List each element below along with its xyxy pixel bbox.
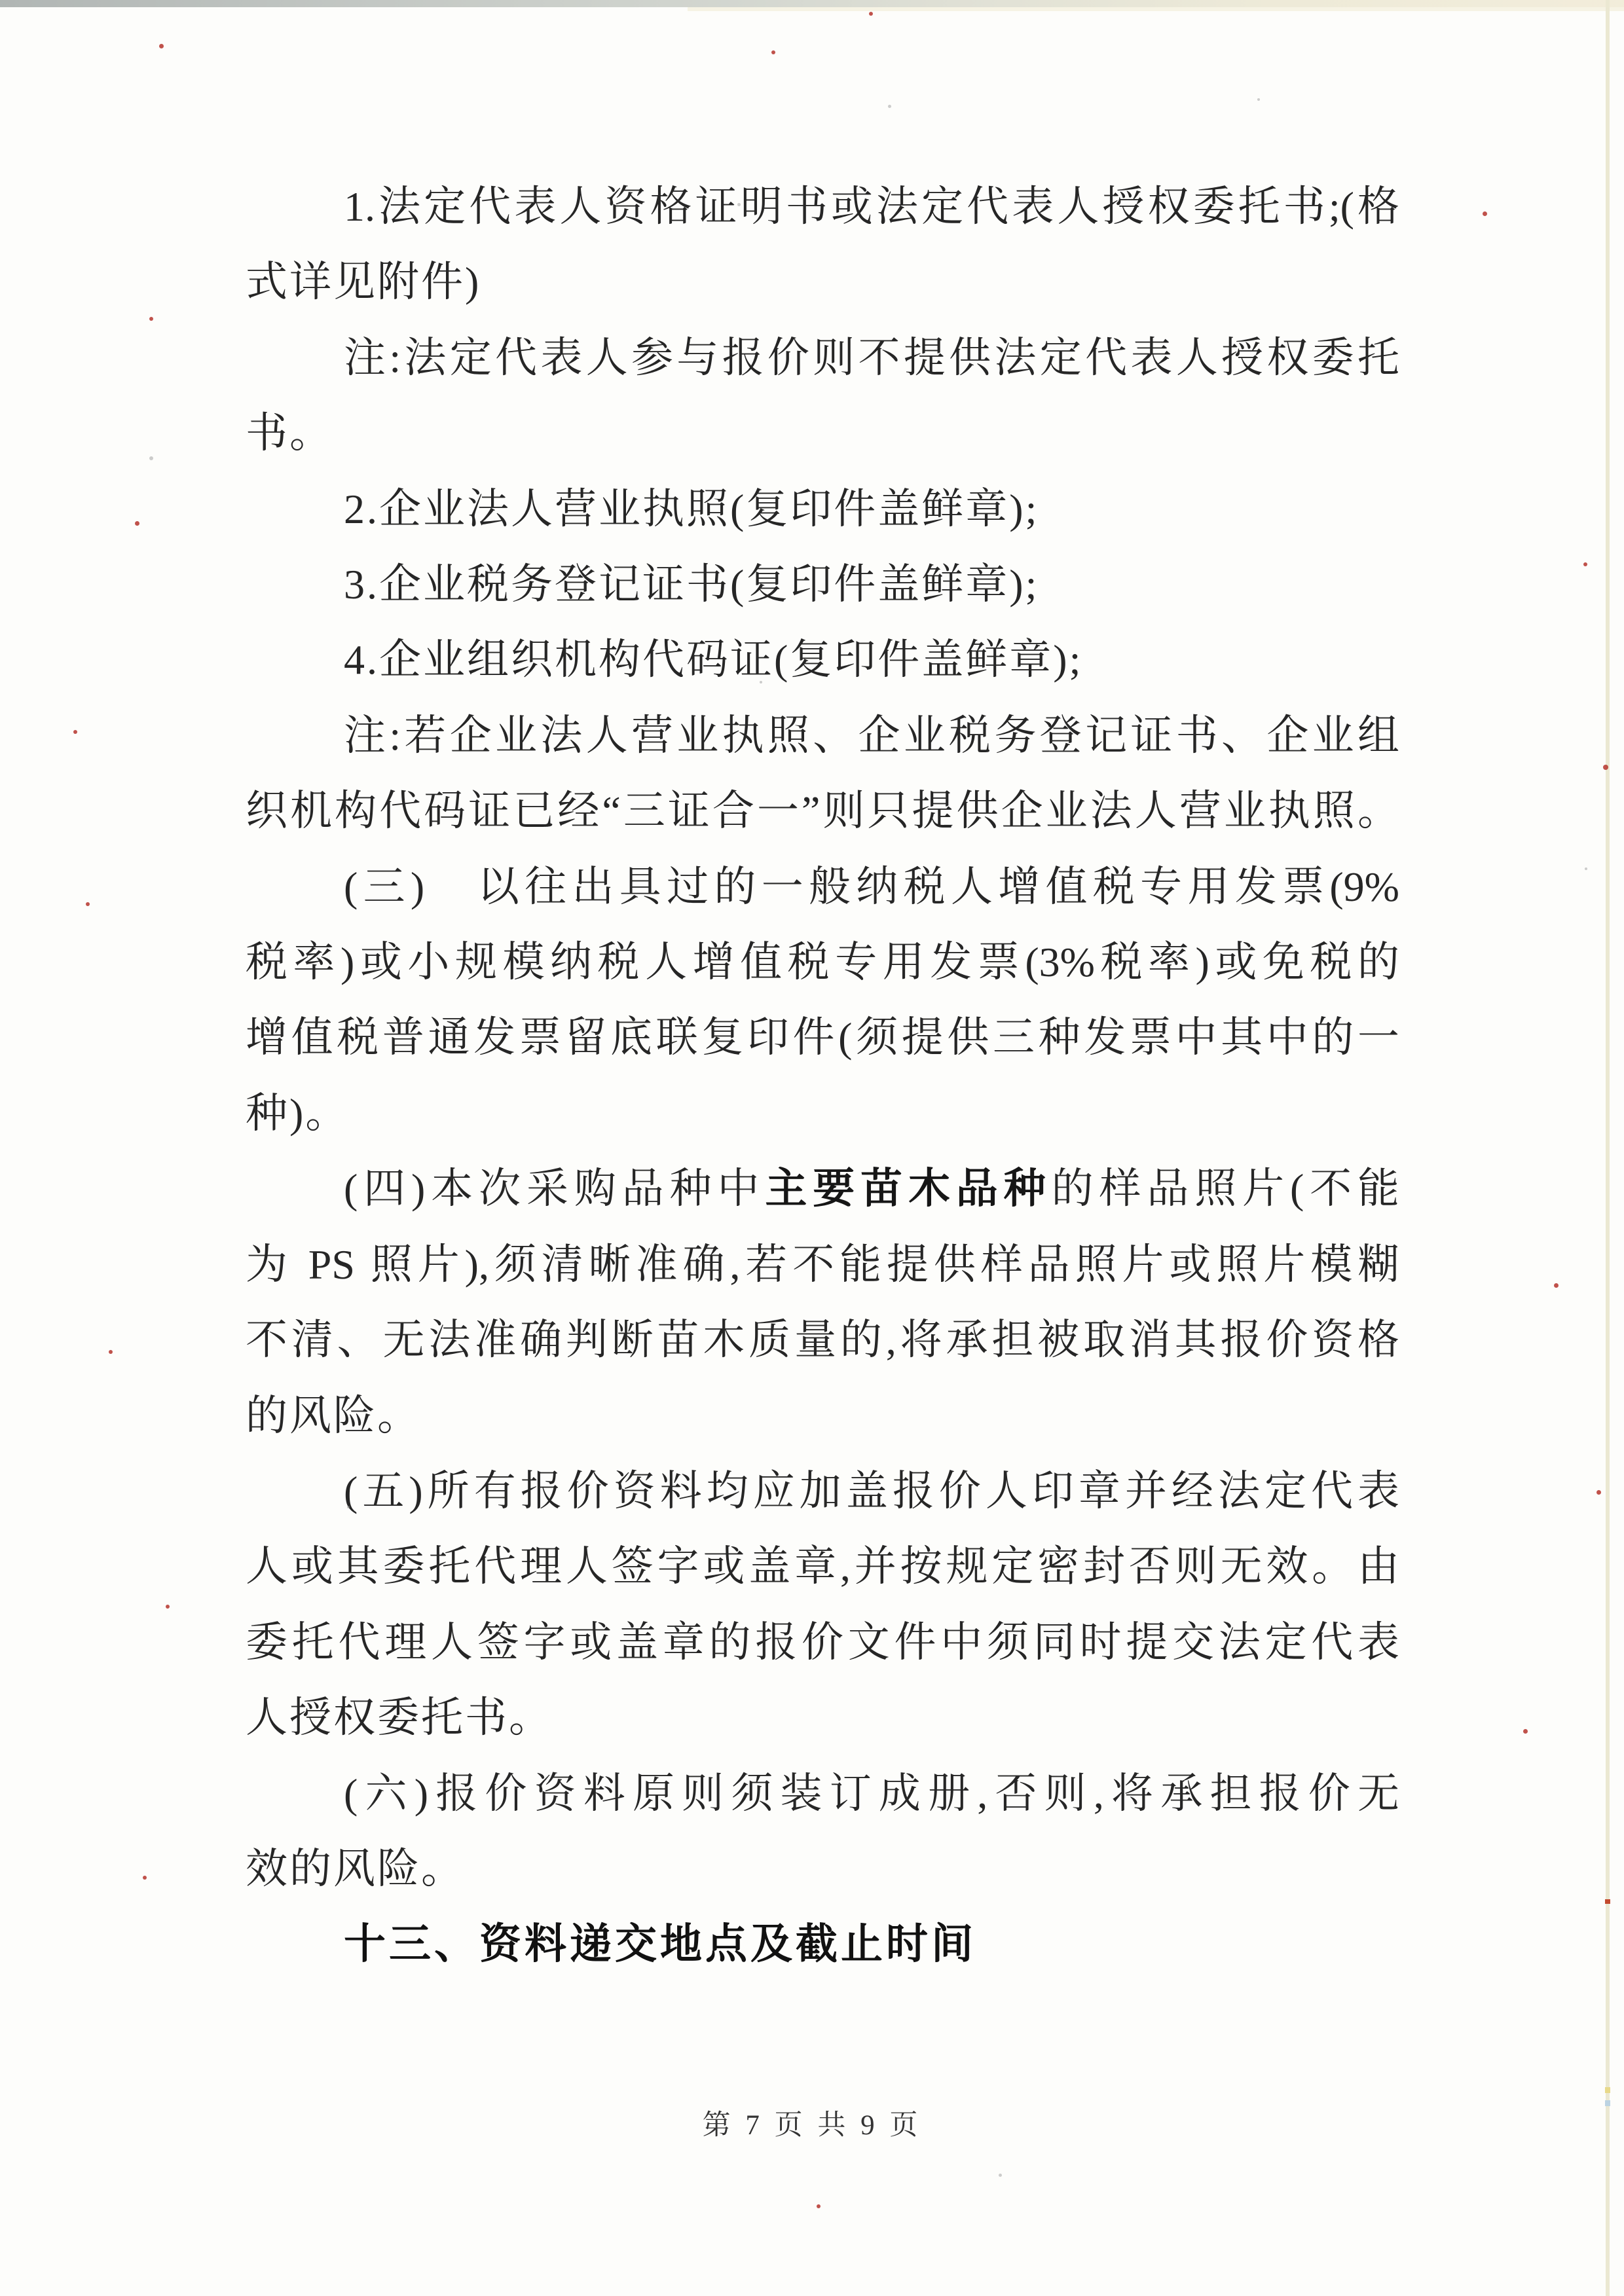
- scan-speck: [771, 50, 775, 54]
- scan-speck: [159, 44, 164, 48]
- scan-speck: [999, 2174, 1002, 2177]
- scan-speck: [888, 105, 891, 108]
- text-line: 注:法定代表人参与报价则不提供法定代表人授权委托: [246, 320, 1399, 395]
- scan-top-edge-band-light: [688, 7, 1624, 11]
- text-segment: (四)本次采购品种中: [344, 1165, 765, 1212]
- scan-speck: [1583, 562, 1587, 566]
- text-line: 种)。: [246, 1076, 1399, 1151]
- scan-speck: [869, 12, 873, 16]
- text-line: 织机构代码证已经“三证合一”则只提供企业法人营业执照。: [246, 773, 1399, 848]
- section-heading: 十三、资料递交地点及截止时间: [246, 1906, 1399, 1982]
- scan-right-edge-line: [1606, 0, 1610, 2296]
- scan-speck: [1554, 1283, 1559, 1288]
- text-line: 委托代理人签字或盖章的报价文件中须同时提交法定代表: [246, 1605, 1399, 1680]
- scan-speck: [1483, 211, 1487, 216]
- text-line: 税率)或小规模纳税人增值税专用发票(3%税率)或免税的: [246, 924, 1399, 1000]
- scan-top-edge-band: [0, 0, 1624, 7]
- text-line: 3.企业税务登记证书(复印件盖鲜章);: [246, 547, 1399, 622]
- scan-speck: [760, 681, 762, 683]
- text-line: 效的风险。: [246, 1831, 1399, 1906]
- scan-speck: [1257, 98, 1260, 101]
- text-line: 增值税普通发票留底联复印件(须提供三种发票中其中的一: [246, 1000, 1399, 1075]
- text-line: 的风险。: [246, 1378, 1399, 1453]
- text-segment: 的样品照片(不能: [1052, 1165, 1399, 1212]
- text-line: (三) 以往出具过的一般纳税人增值税专用发票(9%: [246, 849, 1399, 924]
- emphasized-phrase: 主要苗木品种: [765, 1165, 1051, 1212]
- page-number: 第 7 页 共 9 页: [0, 2103, 1624, 2143]
- text-line: 书。: [246, 395, 1399, 471]
- scan-speck: [1585, 867, 1587, 870]
- scan-speck: [149, 456, 153, 460]
- text-line: 4.企业组织机构代码证(复印件盖鲜章);: [246, 622, 1399, 697]
- scan-speck: [347, 1506, 350, 1508]
- text-line: (四)本次采购品种中主要苗木品种的样品照片(不能: [246, 1151, 1399, 1226]
- text-line: 人或其委托代理人签字或盖章,并按规定密封否则无效。由: [246, 1529, 1399, 1604]
- scan-edge-red-dash: [1605, 1899, 1610, 1904]
- scan-speck: [737, 203, 741, 206]
- scan-speck: [1523, 1729, 1528, 1734]
- scan-speck: [817, 2204, 821, 2208]
- scan-speck: [135, 521, 139, 526]
- scan-speck: [1603, 765, 1608, 770]
- scan-speck: [166, 1605, 170, 1609]
- text-line: 注:若企业法人营业执照、企业税务登记证书、企业组: [246, 698, 1399, 773]
- text-line: 人授权委托书。: [246, 1680, 1399, 1755]
- scan-speck: [149, 317, 153, 321]
- page: 1.法定代表人资格证明书或法定代表人授权委托书;(格 式详见附件) 注:法定代表…: [0, 0, 1624, 2296]
- scan-speck: [143, 1876, 147, 1880]
- scan-speck: [86, 902, 90, 906]
- scan-speck: [1596, 1490, 1601, 1495]
- scan-edge-yellow-dash: [1605, 2087, 1610, 2093]
- text-line: 2.企业法人营业执照(复印件盖鲜章);: [246, 471, 1399, 547]
- text-line: 1.法定代表人资格证明书或法定代表人授权委托书;(格: [246, 169, 1399, 244]
- text-line: 为 PS 照片),须清晰准确,若不能提供样品照片或照片模糊: [246, 1227, 1399, 1302]
- text-line: (五)所有报价资料均应加盖报价人印章并经法定代表: [246, 1453, 1399, 1529]
- document-text: 1.法定代表人资格证明书或法定代表人授权委托书;(格 式详见附件) 注:法定代表…: [246, 169, 1399, 1982]
- text-line: (六)报价资料原则须装订成册,否则,将承担报价无: [246, 1756, 1399, 1831]
- scan-speck: [109, 1350, 113, 1354]
- text-line: 式详见附件): [246, 244, 1399, 319]
- scan-speck: [73, 730, 77, 734]
- text-line: 不清、无法准确判断苗木质量的,将承担被取消其报价资格: [246, 1302, 1399, 1377]
